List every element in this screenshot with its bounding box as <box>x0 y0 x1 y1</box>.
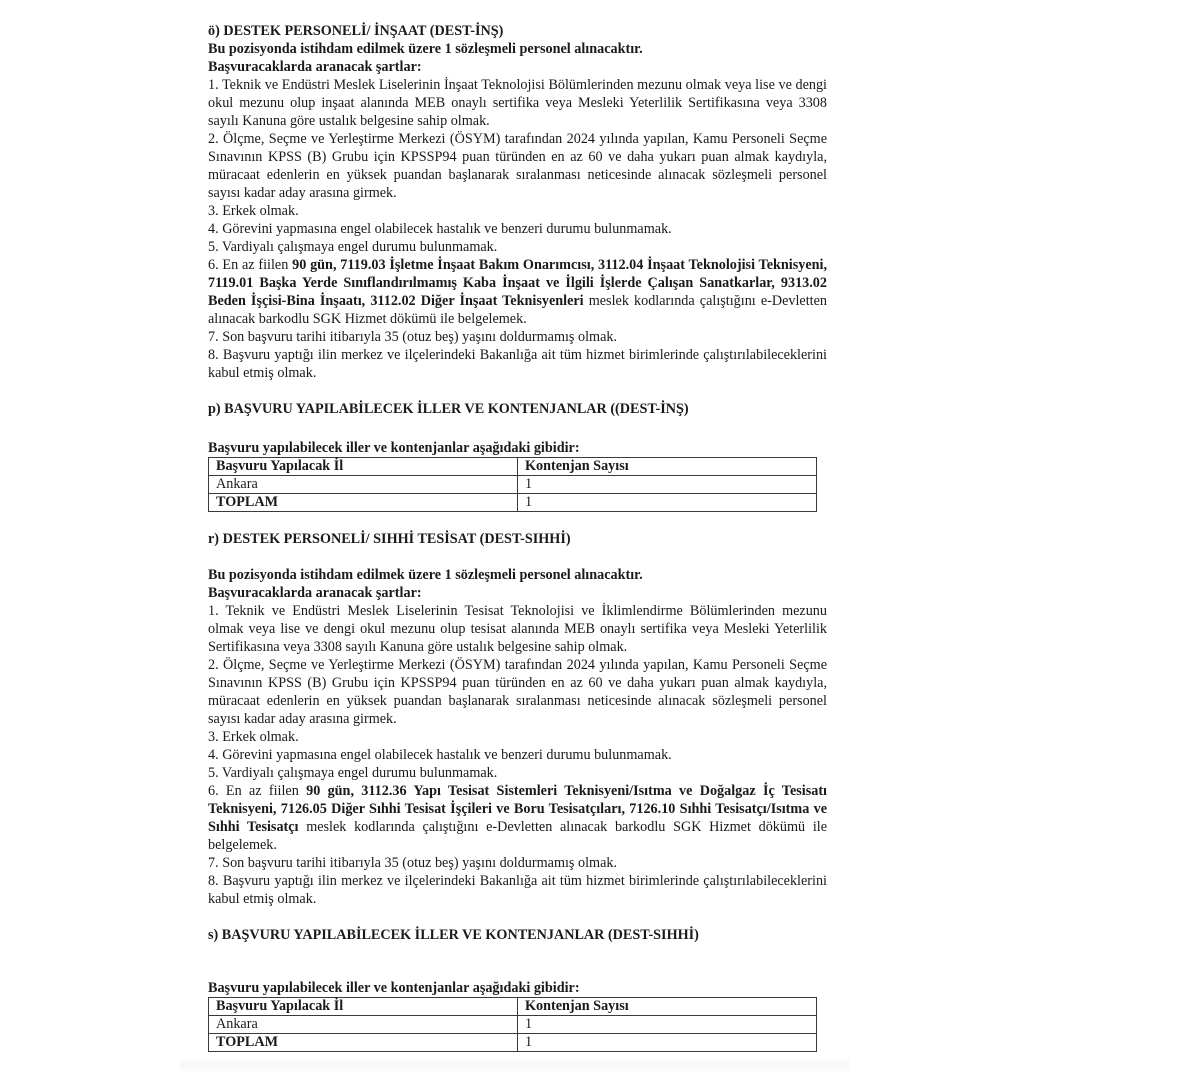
section-o-intro: Bu pozisyonda istihdam edilmek üzere 1 s… <box>208 40 827 58</box>
table-total-row: TOPLAM 1 <box>209 1034 817 1052</box>
table-header-quota: Kontenjan Sayısı <box>518 998 817 1016</box>
table-cell-province: Ankara <box>209 476 518 494</box>
section-o-item-8: 8. Başvuru yaptığı ilin merkez ve ilçele… <box>208 346 827 382</box>
table-cell-total-label: TOPLAM <box>209 1034 518 1052</box>
section-o-requirements-label: Başvuracaklarda aranacak şartlar: <box>208 58 827 76</box>
table-cell-total-label: TOPLAM <box>209 494 518 512</box>
section-o-item-6-prefix: 6. En az fiilen <box>208 257 292 273</box>
section-p-title: p) BAŞVURU YAPILABİLECEK İLLER VE KONTEN… <box>208 400 827 418</box>
section-r-item-3: 3. Erkek olmak. <box>208 728 827 746</box>
section-r-item-7: 7. Son başvuru tarihi itibarıyla 35 (otu… <box>208 854 827 872</box>
table-header-row: Başvuru Yapılacak İl Kontenjan Sayısı <box>209 458 817 476</box>
scan-edge-shadow <box>180 1058 850 1074</box>
section-r-requirements-label: Başvuracaklarda aranacak şartlar: <box>208 584 827 602</box>
document-page: ö) DESTEK PERSONELİ/ İNŞAAT (DEST-İNŞ) B… <box>208 22 827 1052</box>
section-s-table-caption: Başvuru yapılabilecek iller ve kontenjan… <box>208 980 827 997</box>
section-o-item-7: 7. Son başvuru tarihi itibarıyla 35 (otu… <box>208 328 827 346</box>
section-o-item-2: 2. Ölçme, Seçme ve Yerleştirme Merkezi (… <box>208 130 827 202</box>
section-s-title: s) BAŞVURU YAPILABİLECEK İLLER VE KONTEN… <box>208 926 827 944</box>
section-s-quota-table: Başvuru Yapılacak İl Kontenjan Sayısı An… <box>208 997 817 1052</box>
section-r-item-6-suffix: meslek kodlarında çalıştığını e-Devlette… <box>208 819 827 853</box>
section-o-item-1: 1. Teknik ve Endüstri Meslek Liselerinin… <box>208 76 827 130</box>
table-header-province: Başvuru Yapılacak İl <box>209 998 518 1016</box>
section-r-item-5: 5. Vardiyalı çalışmaya engel durumu bulu… <box>208 764 827 782</box>
table-cell-total-value: 1 <box>518 1034 817 1052</box>
table-cell-quota: 1 <box>518 1016 817 1034</box>
table-header-province: Başvuru Yapılacak İl <box>209 458 518 476</box>
table-cell-province: Ankara <box>209 1016 518 1034</box>
table-header-quota: Kontenjan Sayısı <box>518 458 817 476</box>
table-header-row: Başvuru Yapılacak İl Kontenjan Sayısı <box>209 998 817 1016</box>
section-r-item-8: 8. Başvuru yaptığı ilin merkez ve ilçele… <box>208 872 827 908</box>
section-r-intro: Bu pozisyonda istihdam edilmek üzere 1 s… <box>208 566 827 584</box>
section-r-item-6: 6. En az fiilen 90 gün, 3112.36 Yapı Tes… <box>208 782 827 854</box>
section-o-title: ö) DESTEK PERSONELİ/ İNŞAAT (DEST-İNŞ) <box>208 22 827 40</box>
section-r-item-1: 1. Teknik ve Endüstri Meslek Liselerinin… <box>208 602 827 656</box>
section-r-item-6-prefix: 6. En az fiilen <box>208 783 306 799</box>
section-r-title: r) DESTEK PERSONELİ/ SIHHİ TESİSAT (DEST… <box>208 530 827 548</box>
section-o-item-6: 6. En az fiilen 90 gün, 7119.03 İşletme … <box>208 256 827 328</box>
section-r-item-4: 4. Görevini yapmasına engel olabilecek h… <box>208 746 827 764</box>
table-row: Ankara 1 <box>209 476 817 494</box>
section-p-table-caption: Başvuru yapılabilecek iller ve kontenjan… <box>208 440 827 457</box>
section-o-item-5: 5. Vardiyalı çalışmaya engel durumu bulu… <box>208 238 827 256</box>
section-o-item-4: 4. Görevini yapmasına engel olabilecek h… <box>208 220 827 238</box>
table-row: Ankara 1 <box>209 1016 817 1034</box>
section-o-item-3: 3. Erkek olmak. <box>208 202 827 220</box>
table-cell-quota: 1 <box>518 476 817 494</box>
section-r-item-2: 2. Ölçme, Seçme ve Yerleştirme Merkezi (… <box>208 656 827 728</box>
table-cell-total-value: 1 <box>518 494 817 512</box>
section-p-quota-table: Başvuru Yapılacak İl Kontenjan Sayısı An… <box>208 457 817 512</box>
table-total-row: TOPLAM 1 <box>209 494 817 512</box>
